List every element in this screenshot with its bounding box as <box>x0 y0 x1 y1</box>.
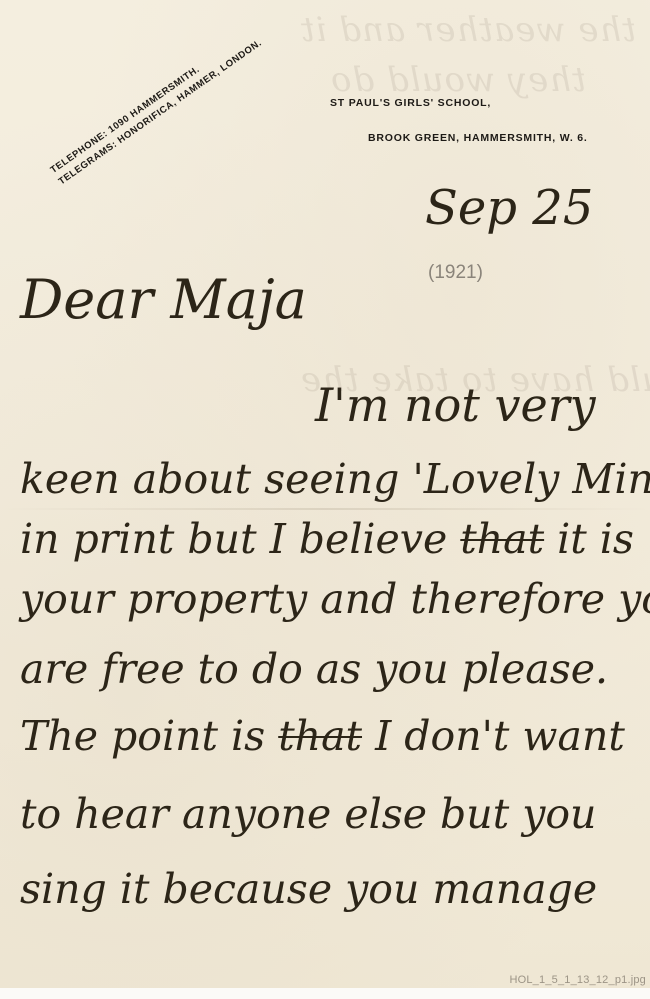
salutation: Dear Maja <box>20 268 307 331</box>
handwritten-date: Sep 25 <box>425 180 593 236</box>
body-text: I don't want <box>375 712 625 760</box>
letterhead-school: ST PAUL'S GIRLS' SCHOOL, <box>330 97 491 109</box>
body-line: are free to do as you please. <box>20 645 608 693</box>
struck-word: that <box>460 515 544 563</box>
body-line: in print but I believe that it is <box>20 515 634 563</box>
body-line: your property and therefore you <box>20 575 650 623</box>
body-line: keen about seeing 'Lovely Mind' <box>20 455 650 503</box>
body-line: The point is that I don't want <box>20 712 625 760</box>
year-annotation: (1921) <box>428 262 483 284</box>
body-line: to hear anyone else but you <box>20 790 596 838</box>
body-line: I'm not very <box>315 378 596 432</box>
body-text: in print but I believe <box>20 515 447 563</box>
letterhead-telegrams: TELEGRAMS: HONORIFICA, HAMMER, LONDON. <box>56 37 265 189</box>
letterhead-contact: TELEPHONE: 1090 HAMMERSMITH. TELEGRAMS: … <box>48 25 265 189</box>
bottom-margin <box>0 988 650 999</box>
image-filename-label: HOL_1_5_1_13_12_p1.jpg <box>509 974 646 986</box>
body-text: it is <box>557 515 634 563</box>
bleed-through-text: to hide the weather and it <box>300 10 650 50</box>
letter-page: to hide the weather and it they would do… <box>0 0 650 988</box>
letterhead-address: BROOK GREEN, HAMMERSMITH, W. 6. <box>368 132 588 144</box>
body-text: The point is <box>20 712 278 760</box>
letterhead-telephone: TELEPHONE: 1090 HAMMERSMITH. <box>48 25 257 177</box>
paper-fold-line <box>0 508 650 510</box>
body-line: sing it because you manage <box>20 865 597 913</box>
struck-word: that <box>278 712 362 760</box>
bleed-through-text: they would do <box>330 60 586 100</box>
